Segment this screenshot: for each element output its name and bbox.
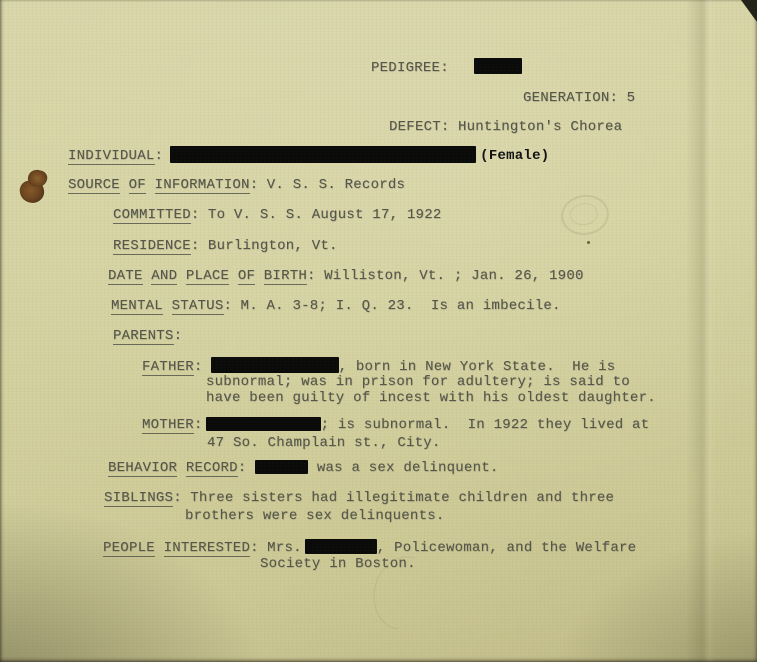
- generation-label: GENERATION:: [523, 90, 618, 106]
- residence-value: Burlington, Vt.: [208, 238, 338, 254]
- embossed-seal-inner-ring: [568, 201, 599, 227]
- mother-label: MOTHER:: [142, 417, 203, 434]
- individual-label: INDIVIDUAL:: [68, 148, 163, 165]
- committed-field: COMMITTED:To V. S. S. August 17, 1922: [113, 207, 442, 223]
- people-interested-text-line2: Society in Boston.: [260, 556, 416, 572]
- mother-field-line2: 47 So. Champlain st., City.: [207, 435, 441, 451]
- pedigree-label: PEDIGREE:: [371, 60, 449, 76]
- individual-sex-annotation: (Female): [480, 148, 549, 164]
- paper-hole-stain: [20, 170, 48, 204]
- people-interested-redaction-bar: [305, 539, 377, 554]
- people-interested-text-line1: , Policewoman, and the Welfare: [377, 540, 637, 556]
- siblings-text-line2: brothers were sex delinquents.: [185, 508, 445, 524]
- mental-status-label: MENTAL STATUS:: [111, 298, 232, 315]
- behavior-record-field: BEHAVIOR RECORD:was a sex delinquent.: [108, 460, 499, 476]
- people-interested-field-line2: Society in Boston.: [260, 556, 416, 572]
- mother-field-line1: MOTHER:; is subnormal. In 1922 they live…: [142, 417, 649, 433]
- birth-field: DATE AND PLACE OF BIRTH:Williston, Vt. ;…: [108, 268, 584, 284]
- residence-label: RESIDENCE:: [113, 238, 200, 255]
- document-page: PEDIGREE: GENERATION:5 DEFECT:Huntington…: [0, 0, 757, 662]
- father-text-line2: subnormal; was in prison for adultery; i…: [206, 374, 630, 390]
- mother-text-line1: ; is subnormal. In 1922 they lived at: [321, 417, 650, 433]
- behavior-record-value: was a sex delinquent.: [317, 460, 499, 476]
- people-interested-prefix: Mrs.: [267, 540, 302, 556]
- siblings-field-line1: SIBLINGS:Three sisters had illegitimate …: [104, 490, 614, 506]
- pedigree-redaction-bar: [474, 58, 522, 74]
- defect-field: DEFECT:Huntington's Chorea: [389, 119, 622, 135]
- mental-status-value: M. A. 3-8; I. Q. 23. Is an imbecile.: [241, 298, 561, 314]
- mother-text-line2: 47 So. Champlain st., City.: [207, 435, 441, 451]
- father-text-line3: have been guilty of incest with his olde…: [206, 390, 656, 406]
- siblings-field-line2: brothers were sex delinquents.: [185, 508, 445, 524]
- generation-field: GENERATION:5: [523, 90, 635, 106]
- torn-corner-notch: [741, 0, 757, 22]
- embossed-seal-ring: [558, 192, 611, 238]
- committed-value: To V. S. S. August 17, 1922: [208, 207, 442, 223]
- father-field-line1: FATHER:, born in New York State. He is: [142, 357, 615, 375]
- generation-value: 5: [627, 90, 636, 106]
- ink-speck: [587, 241, 590, 244]
- people-interested-field-line1: PEOPLE INTERESTED:Mrs., Policewoman, and…: [103, 539, 636, 556]
- father-redaction-bar: [211, 357, 339, 373]
- defect-label: DEFECT:: [389, 119, 450, 135]
- source-field: SOURCE OF INFORMATION:V. S. S. Records: [68, 177, 405, 193]
- father-field-line3: have been guilty of incest with his olde…: [206, 390, 656, 406]
- behavior-record-label: BEHAVIOR RECORD:: [108, 460, 246, 477]
- individual-field: INDIVIDUAL:(Female): [68, 146, 549, 164]
- right-edge-crease-shadow: [686, 0, 716, 662]
- father-text-line1: , born in New York State. He is: [339, 359, 616, 375]
- behavior-redaction-bar: [255, 460, 308, 474]
- parents-heading: PARENTS:: [113, 328, 182, 344]
- committed-label: COMMITTED:: [113, 207, 200, 224]
- parents-label: PARENTS:: [113, 328, 182, 345]
- father-field-line2: subnormal; was in prison for adultery; i…: [206, 374, 630, 390]
- residence-field: RESIDENCE:Burlington, Vt.: [113, 238, 338, 254]
- mother-redaction-bar: [206, 417, 321, 431]
- birth-value: Williston, Vt. ; Jan. 26, 1900: [324, 268, 584, 284]
- defect-value: Huntington's Chorea: [458, 119, 622, 135]
- mental-status-field: MENTAL STATUS:M. A. 3-8; I. Q. 23. Is an…: [111, 298, 561, 314]
- siblings-text-line1: Three sisters had illegitimate children …: [190, 490, 614, 506]
- source-label: SOURCE OF INFORMATION:: [68, 177, 258, 194]
- source-value: V. S. S. Records: [267, 177, 405, 193]
- birth-label: DATE AND PLACE OF BIRTH:: [108, 268, 316, 285]
- pedigree-field: PEDIGREE:: [371, 58, 522, 76]
- siblings-label: SIBLINGS:: [104, 490, 182, 507]
- people-interested-label: PEOPLE INTERESTED:: [103, 540, 259, 557]
- individual-redaction-bar: [170, 146, 476, 163]
- father-label: FATHER:: [142, 359, 203, 376]
